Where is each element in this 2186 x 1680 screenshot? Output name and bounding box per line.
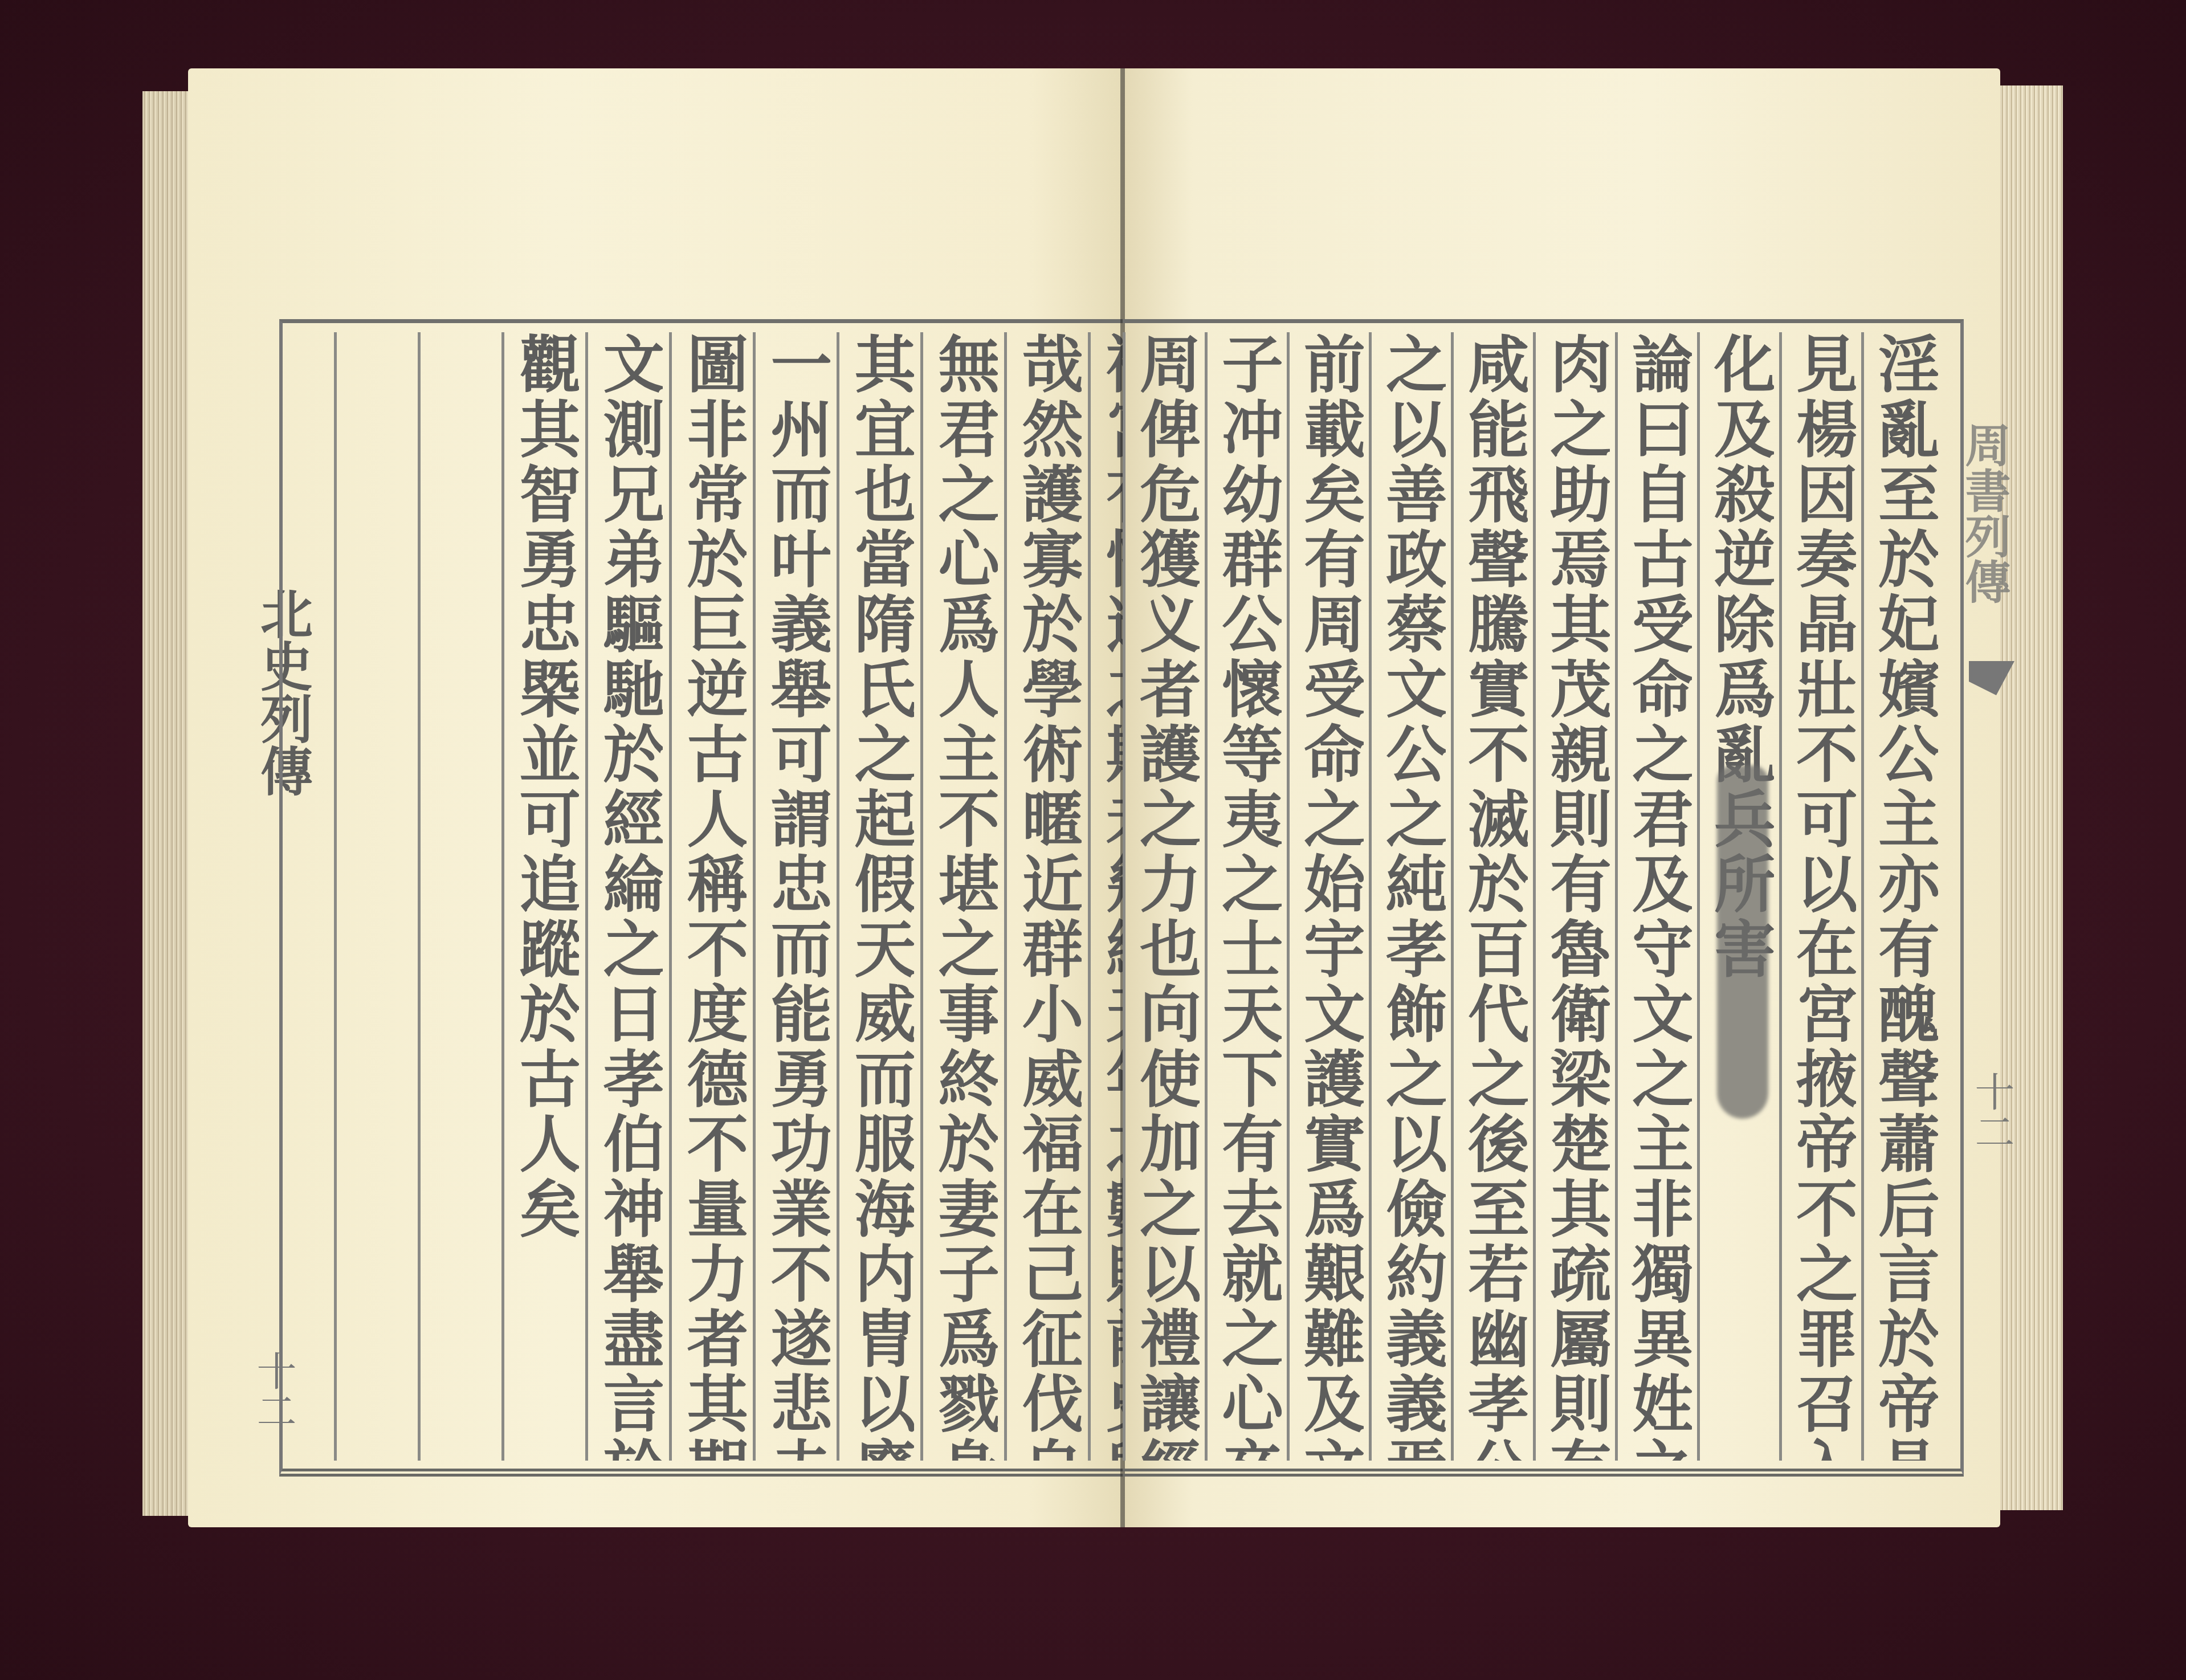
text-column: 論曰自古受命之君及守文之主非獨異姓之輔亦有骨 — [1615, 332, 1697, 1461]
text-column: 淫亂至於妃嬪公主亦有醜聲蕭后言於帝晶聞懼不敢 — [1861, 332, 1943, 1461]
text-column: 一州而叶義舉可謂忠而能勇功業不遂悲夫亮實庸才 — [753, 332, 837, 1461]
text-column: 無君之心爲人主不堪之事終於妻子爲戮身首橫分蓋 — [920, 332, 1004, 1461]
open-book: 北史列傳 十二 禰宮有悔過之期未幾終天年之數則前史所載焉足道 哉然護寡於學術暱近… — [142, 68, 2063, 1527]
text-column: 其宜也當隋氏之起假天威而服海内胄以廢孳之親據 — [837, 332, 920, 1461]
text-column-empty — [334, 332, 418, 1461]
text-column: 觀其智勇忠槩並可追蹤於古人矣 — [501, 332, 585, 1461]
text-column: 咸能飛聲騰實不滅於百代之後至若幽孝公之勳烈加 — [1451, 332, 1533, 1461]
right-text-frame: 淫亂至於妃嬪公主亦有醜聲蕭后言於帝晶聞懼不敢 見楊因奏晶壯不可以在宮掖帝不之罪召… — [1123, 319, 1964, 1477]
text-column-empty — [418, 332, 501, 1461]
text-column: 周俾危獲义者護之力也向使加之以禮讓經之以忠貞 — [1123, 332, 1205, 1461]
left-page: 北史列傳 十二 禰宮有悔過之期未幾終天年之數則前史所載焉足道 哉然護寡於學術暱近… — [188, 68, 1123, 1527]
text-column: 之以善政蔡文公之純孝飾之以儉約義義焉足以輔於 — [1369, 332, 1451, 1461]
text-column: 肉之助焉其茂親則有魯衛梁楚其疏屬則有凡蔣荊燕 — [1533, 332, 1615, 1461]
text-column: 圖非常於巨逆古人稱不度德不量力者其期之謂歟宇 — [669, 332, 753, 1461]
text-column: 哉然護寡於學術暱近群小威福在己征伐自出有人臣 — [1004, 332, 1088, 1461]
margin-leaf-number: 十二 — [1963, 1071, 2021, 1151]
text-column: 文測兄弟驅馳於經綸之日孝伯神舉盡言於父子之間 — [585, 332, 669, 1461]
page-edges-right — [2000, 85, 2063, 1510]
ink-blot — [1717, 765, 1768, 1119]
page-edges-left — [142, 91, 188, 1516]
text-column: 見楊因奏晶壯不可以在宮掖帝不之罪召入侍之如初 — [1779, 332, 1861, 1461]
text-column: 前載矣有周受命之始宇文護實爲艱難及文后崩殂諸 — [1287, 332, 1369, 1461]
text-column: 化及殺逆除爲亂兵所害 — [1697, 332, 1779, 1461]
margin-head: 周書列傳 — [1952, 422, 2017, 604]
text-column: 子冲幼群公懷等夷之士天下有去就之心卒能變魏爲 — [1205, 332, 1287, 1461]
left-text-frame: 禰宮有悔過之期未幾終天年之數則前史所載焉足道 哉然護寡於學術暱近群小威福在己征伐… — [279, 319, 1172, 1477]
